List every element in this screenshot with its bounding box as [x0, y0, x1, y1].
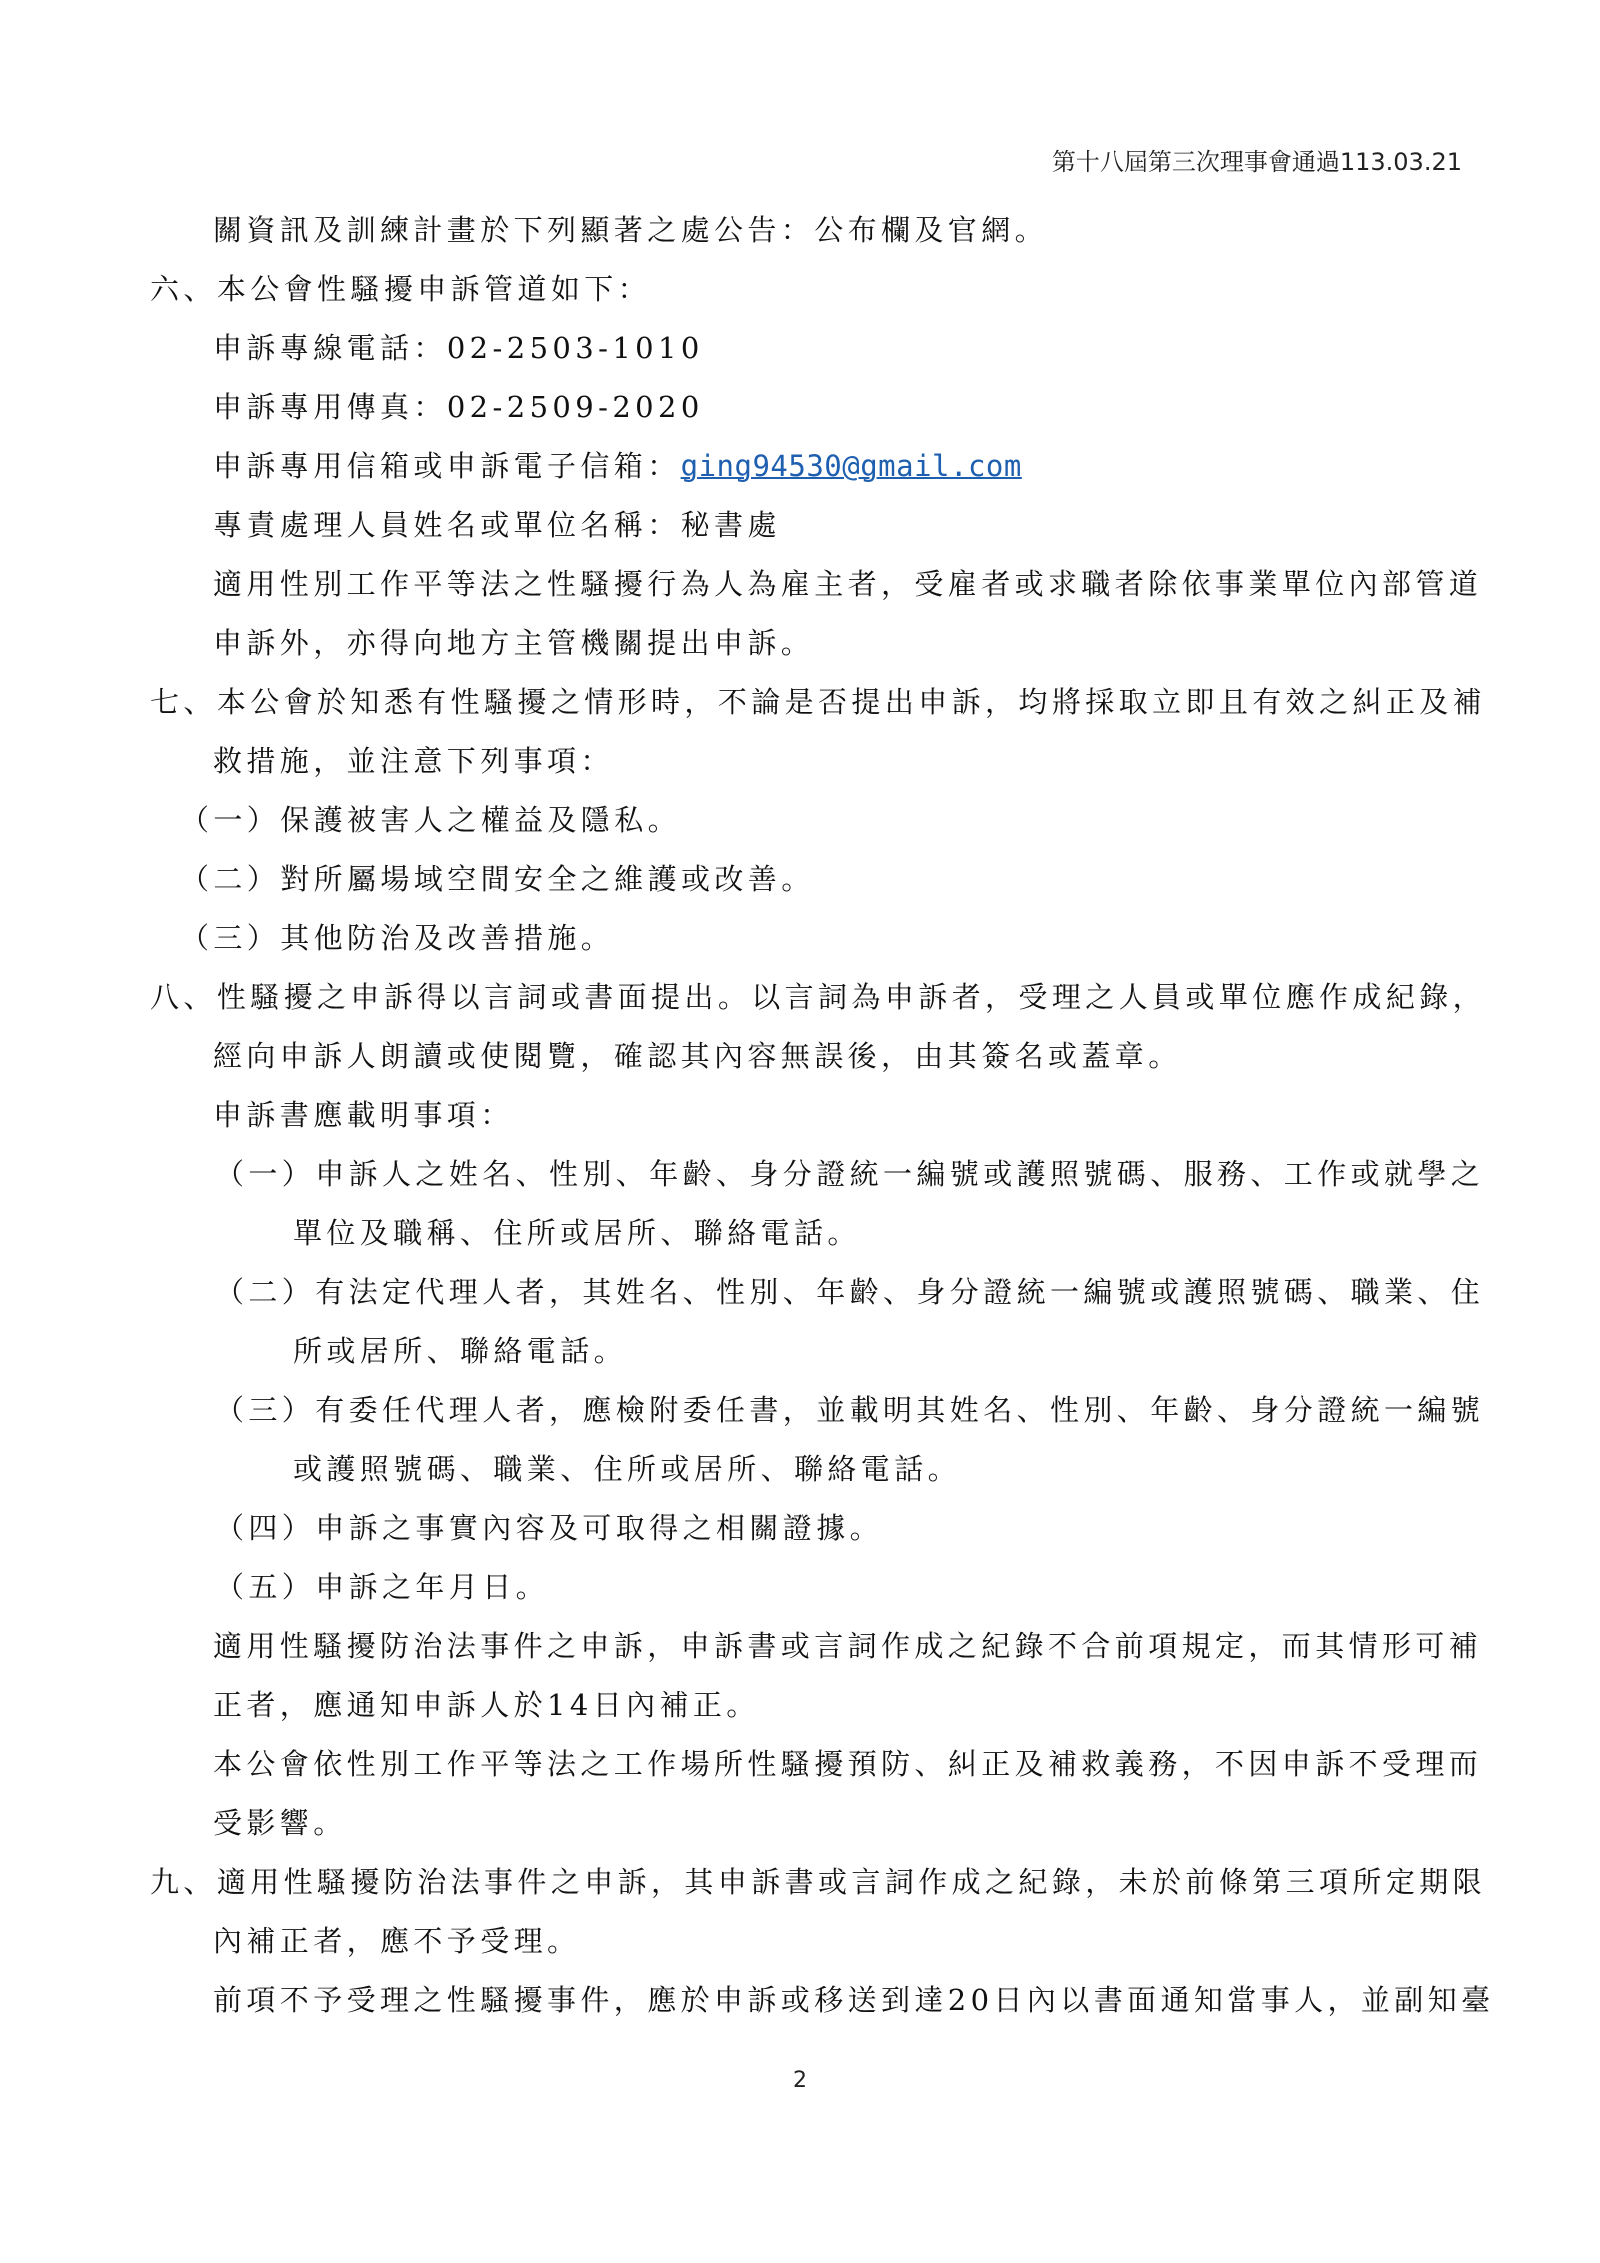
- list-item-continuation: 或護照號碼、職業、住所或居所、聯絡電話。: [293, 1449, 961, 1489]
- correction-line-2: 正者，應通知申訴人於14日內補正。: [213, 1685, 760, 1725]
- handler-row: 專責處理人員姓名或單位名稱：秘書處: [213, 505, 781, 545]
- section-marker: 八、: [150, 977, 217, 1017]
- section-text: 性騷擾之申訴得以言詞或書面提出。以言詞為申訴者，受理之人員或單位應作成紀錄，: [217, 980, 1486, 1014]
- item-marker: （一）: [180, 803, 280, 837]
- section-eight-line-1: 八、性騷擾之申訴得以言詞或書面提出。以言詞為申訴者，受理之人員或單位應作成紀錄，: [150, 977, 1486, 1017]
- section-text: 本公會於知悉有性騷擾之情形時，不論是否提出申訴，均將採取立即且有效之糾正及補: [217, 685, 1486, 719]
- section-eight-line-2: 經向申訴人朗讀或使閱覽，確認其內容無誤後，由其簽名或蓋章。: [213, 1036, 1182, 1076]
- section-seven-line-1: 七、本公會於知悉有性騷擾之情形時，不論是否提出申訴，均將採取立即且有效之糾正及補: [150, 682, 1486, 722]
- item-marker: （四）: [215, 1511, 315, 1545]
- page-number: 2: [780, 2068, 820, 2093]
- section-nine-line-3: 前項不予受理之性騷擾事件，應於申訴或移送到達20日內以書面通知當事人，並副知臺: [213, 1980, 1495, 2020]
- list-item: （二）對所屬場域空間安全之維護或改善。: [180, 859, 815, 899]
- email-link[interactable]: ging94530@gmail.com: [681, 449, 1022, 483]
- email-row: 申訴專用信箱或申訴電子信箱：ging94530@gmail.com: [213, 446, 1022, 486]
- item-marker: （五）: [215, 1570, 315, 1604]
- hotline-value: 02-2503-1010: [447, 331, 704, 365]
- hotline-label: 申訴專線電話：: [213, 331, 447, 365]
- list-item: （一）保護被害人之權益及隱私。: [180, 800, 681, 840]
- item-marker: （三）: [215, 1393, 315, 1427]
- list-item: （二）有法定代理人者，其姓名、性別、年齡、身分證統一編號或護照號碼、職業、住: [215, 1272, 1484, 1312]
- fax-label: 申訴專用傳真：: [213, 390, 447, 424]
- section-nine-line-1: 九、適用性騷擾防治法事件之申訴，其申訴書或言詞作成之紀錄，未於前條第三項所定期限: [150, 1862, 1486, 1902]
- section-marker: 七、: [150, 682, 217, 722]
- email-label: 申訴專用信箱或申訴電子信箱：: [213, 449, 681, 483]
- list-item: （三）有委任代理人者，應檢附委任書，並載明其姓名、性別、年齡、身分證統一編號: [215, 1390, 1484, 1430]
- item-text: 有委任代理人者，應檢附委任書，並載明其姓名、性別、年齡、身分證統一編號: [315, 1393, 1484, 1427]
- item-text: 對所屬場域空間安全之維護或改善。: [280, 862, 814, 896]
- section-six-heading: 六、本公會性騷擾申訴管道如下：: [150, 269, 651, 309]
- item-text: 申訴之年月日。: [315, 1570, 549, 1604]
- item-text: 其他防治及改善措施。: [280, 921, 614, 955]
- employer-line-1: 適用性別工作平等法之性騷擾行為人為雇主者，受雇者或求職者除依事業單位內部管道: [213, 564, 1482, 604]
- fax-row: 申訴專用傳真：02-2509-2020: [213, 387, 704, 427]
- section-text: 適用性騷擾防治法事件之申訴，其申訴書或言詞作成之紀錄，未於前條第三項所定期限: [217, 1865, 1486, 1899]
- section-marker: 六、: [150, 269, 217, 309]
- list-item: （一）申訴人之姓名、性別、年齡、身分證統一編號或護照號碼、服務、工作或就學之: [215, 1154, 1484, 1194]
- obligation-line-1: 本公會依性別工作平等法之工作場所性騷擾預防、糾正及補救義務，不因申訴不受理而: [213, 1744, 1482, 1784]
- list-item: （三）其他防治及改善措施。: [180, 918, 614, 958]
- section-nine-line-2: 內補正者，應不予受理。: [213, 1921, 580, 1961]
- section-seven-line-2: 救措施，並注意下列事項：: [213, 741, 614, 781]
- document-page: 第十八屆第三次理事會通過113.03.21 關資訊及訓練計畫於下列顯著之處公告：…: [0, 0, 1600, 2263]
- item-marker: （二）: [215, 1275, 315, 1309]
- item-text: 保護被害人之權益及隱私。: [280, 803, 681, 837]
- obligation-line-2: 受影響。: [213, 1803, 347, 1843]
- intro-continuation: 關資訊及訓練計畫於下列顯著之處公告：公布欄及官網。: [213, 210, 1048, 250]
- item-text: 申訴人之姓名、性別、年齡、身分證統一編號或護照號碼、服務、工作或就學之: [315, 1157, 1484, 1191]
- list-item: （五）申訴之年月日。: [215, 1567, 549, 1607]
- employer-line-2: 申訴外，亦得向地方主管機關提出申訴。: [213, 623, 814, 663]
- item-marker: （三）: [180, 921, 280, 955]
- section-marker: 九、: [150, 1862, 217, 1902]
- item-marker: （二）: [180, 862, 280, 896]
- correction-line-1: 適用性騷擾防治法事件之申訴，申訴書或言詞作成之紀錄不合前項規定，而其情形可補: [213, 1626, 1482, 1666]
- approval-header: 第十八屆第三次理事會通過113.03.21: [1022, 142, 1462, 177]
- fax-value: 02-2509-2020: [447, 390, 704, 424]
- list-item-continuation: 所或居所、聯絡電話。: [293, 1331, 627, 1371]
- section-title: 本公會性騷擾申訴管道如下：: [217, 272, 651, 306]
- item-text: 申訴之事實內容及可取得之相關證據。: [315, 1511, 883, 1545]
- list-item: （四）申訴之事實內容及可取得之相關證據。: [215, 1508, 883, 1548]
- item-marker: （一）: [215, 1157, 315, 1191]
- item-text: 有法定代理人者，其姓名、性別、年齡、身分證統一編號或護照號碼、職業、住: [315, 1275, 1484, 1309]
- hotline-row: 申訴專線電話：02-2503-1010: [213, 328, 704, 368]
- list-item-continuation: 單位及職稱、住所或居所、聯絡電話。: [293, 1213, 861, 1253]
- items-title: 申訴書應載明事項：: [213, 1095, 514, 1135]
